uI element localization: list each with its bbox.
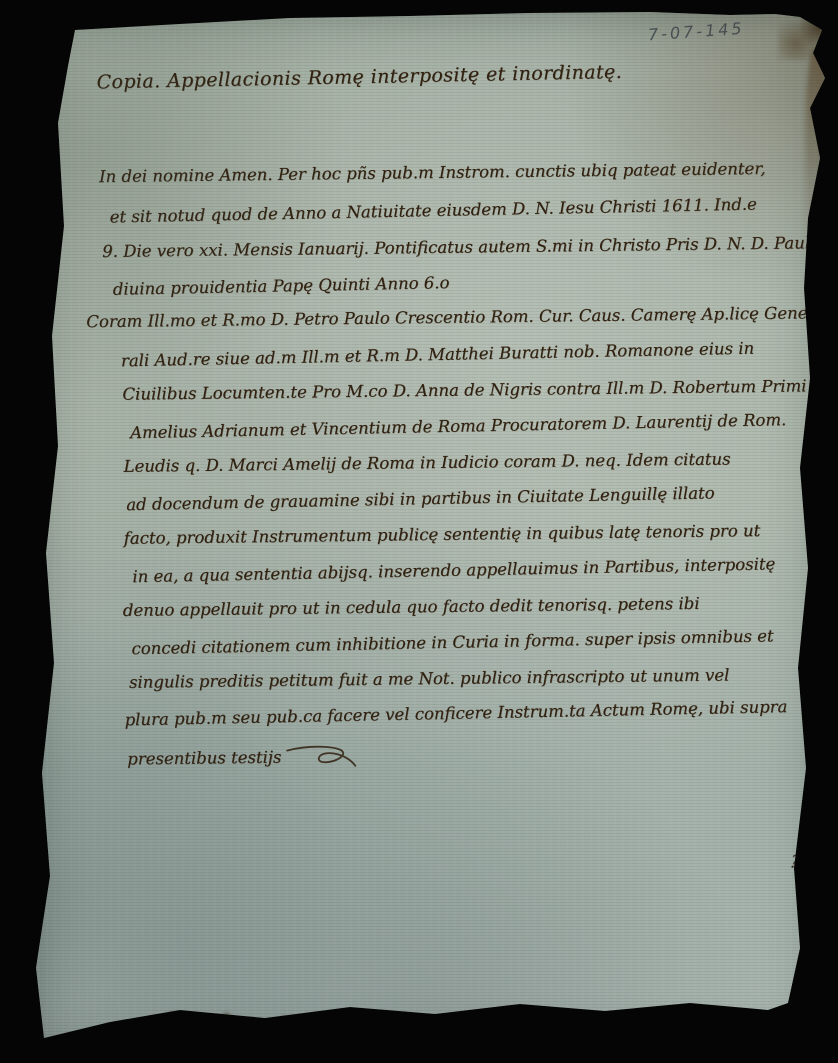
- margin-mark: ?: [788, 851, 801, 873]
- manuscript-line: ad docendum de grauamine sibi in partibu…: [126, 483, 715, 514]
- manuscript-line: Amelius Adrianum et Vincentium de Roma P…: [130, 410, 787, 442]
- manuscript-line: Ciuilibus Locumten.te Pro M.co D. Anna d…: [122, 376, 806, 403]
- manuscript-line: plura pub.m seu pub.ca facere vel confic…: [124, 697, 787, 729]
- manuscript-paper: 7-07-145 Copia. Appellacionis Romę inter…: [30, 8, 828, 1056]
- manuscript-line: In dei nomine Amen. Per hoc pñs pub.m In…: [99, 159, 766, 186]
- manuscript-line: et sit notud quod de Anno a Natiuitate e…: [109, 195, 756, 227]
- manuscript-line: presentibus testijs: [127, 742, 360, 777]
- manuscript-line: concedi citationem cum inhibitione in Cu…: [131, 626, 773, 658]
- scan-background: { "page": { "background_color": "#050505…: [0, 0, 838, 1063]
- manuscript-line: Coram Ill.mo et R.mo D. Petro Paulo Cres…: [86, 303, 807, 331]
- manuscript-line: diuina prouidentia Papę Quinti Anno 6.o: [113, 273, 450, 299]
- document-title: Copia. Appellacionis Romę interpositę et…: [96, 61, 622, 94]
- manuscript-line-text: presentibus testijs: [127, 748, 281, 769]
- manuscript-line: denuo appellauit pro ut in cedula quo fa…: [123, 594, 700, 620]
- manuscript-line: singulis preditis petitum fuit a me Not.…: [129, 666, 730, 692]
- manuscript-line: in ea, a qua sententia abijsq. inserendo…: [132, 554, 775, 586]
- pen-flourish-icon: [285, 742, 359, 775]
- manuscript-line: 9. Die vero xxi. Mensis Ianuarij. Pontif…: [102, 233, 815, 261]
- handwritten-text-block: Copia. Appellacionis Romę interpositę et…: [23, 0, 837, 1057]
- manuscript-line: rali Aud.re siue ad.m Ill.m et R.m D. Ma…: [121, 339, 755, 371]
- manuscript-line: Leudis q. D. Marci Amelij de Roma in Iud…: [123, 449, 730, 475]
- manuscript-line: facto, produxit Instrumentum publicę sen…: [124, 521, 761, 548]
